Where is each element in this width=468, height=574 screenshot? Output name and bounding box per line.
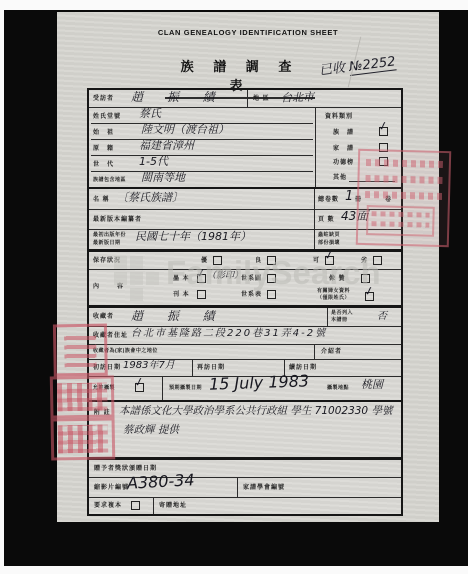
society-number-label: 家譜學會編號 <box>243 485 285 491</box>
pages-label: 頁 數 <box>318 217 335 223</box>
cond-excellent-checkbox: ✓ <box>213 256 222 265</box>
scanned-genealogy-sheet: CLAN GENEALOGY IDENTIFICATION SHEET 族 譜 … <box>0 0 468 574</box>
paper-page: CLAN GENEALOGY IDENTIFICATION SHEET 族 譜 … <box>57 12 439 522</box>
book-name-value: 〔蔡氏族譜〕 <box>117 192 183 204</box>
category-jiapu-label: 家 譜 <box>333 146 354 152</box>
remarks-line-1: 本譜係文化大學政治學系公共行政組 學生 71002330 學號 <box>119 406 392 418</box>
area-label: 地 區 <box>253 96 270 102</box>
note-prefix: 已收 <box>318 61 346 79</box>
content-ink-label: 墨 本 <box>173 276 190 282</box>
section-condition: 保存狀況 優 ✓ 良 ✓ 可 ✓ 劣 ✓ 內 容 墨 本 ✓ （影印） 刊 本 … <box>87 250 403 307</box>
section-book: 名 稱 〔蔡氏族譜〕 總卷數 1 冊 卷 最新版本編纂者 頁 數 43面 最初出… <box>87 187 403 251</box>
content-women-checkbox: ✓ <box>365 292 374 301</box>
listed-value: 否 <box>377 311 387 322</box>
content-women-label-1: 有關婦女資料 <box>317 289 350 294</box>
category-title: 資料類別 <box>325 114 353 120</box>
holder-label: 收藏者 <box>93 314 114 320</box>
content-portrait-checkbox: ✓ <box>361 274 370 283</box>
section-remarks: 附 註 本譜係文化大學政治學系公共行政組 學生 71002330 學號 蔡政輝 … <box>87 400 403 459</box>
film-date-label: 預期攝製日期 <box>169 386 202 391</box>
holder-position-label: 收藏者為(家)族會中之地位 <box>93 349 158 354</box>
microfilm-number-label: 縮影片編號 <box>94 485 129 491</box>
generations-value: 1-5代 <box>139 156 168 168</box>
category-other-blank-line <box>349 181 395 182</box>
volumes-label: 總卷數 <box>318 197 339 203</box>
sheet-title: CLAN GENEALOGY IDENTIFICATION SHEET <box>57 28 439 37</box>
book-name-label: 名 稱 <box>93 197 110 203</box>
content-chart-label: 世系圖 <box>241 276 262 282</box>
volumes-value: 1 <box>345 190 353 204</box>
category-gongdebang-checkbox: ✓ <box>379 157 388 166</box>
area-value: 台北市 <box>281 91 314 104</box>
content-portrait-label: 像 贊 <box>329 276 346 282</box>
cond-fair-checkbox: ✓ <box>325 256 334 265</box>
section-identity: 受訪者 趙 振 績 地 區 台北市 姓氏堂號 蔡氏 始 祖 陸文明（渡台祖） 原… <box>87 88 403 189</box>
first-visit-label: 初訪日期 <box>93 365 121 371</box>
cond-poor-checkbox: ✓ <box>373 256 382 265</box>
section-filming-admin: 贈予者獎狀頒贈日期 縮影片編號 A380-34 家譜學會編號 要求複本 ✓ 寄贈… <box>87 458 403 516</box>
surname-hall-value: 蔡氏 <box>139 108 161 120</box>
latest-edition-label: 最新版日期 <box>93 241 121 246</box>
generations-label: 世 代 <box>93 162 114 168</box>
category-zupu-label: 族 譜 <box>333 130 354 136</box>
holder-address-value: 台北市基隆路二段220巷31弄4-2號 <box>131 328 327 339</box>
cond-good-label: 良 <box>255 258 262 264</box>
content-print-label: 刊 本 <box>173 292 190 298</box>
category-zupu-checkbox: ✓ <box>379 127 388 136</box>
respondent-label: 受訪者 <box>93 96 114 102</box>
first-ancestor-label: 始 祖 <box>93 130 114 136</box>
request-copy-label: 要求複本 <box>94 503 122 509</box>
permit-filming-checkbox: ✓ <box>135 383 144 392</box>
content-ink-checkbox: ✓ <box>197 274 206 283</box>
category-gongdebang-label: 功德榜 <box>333 160 354 166</box>
surname-hall-label: 姓氏堂號 <box>93 114 121 120</box>
content-label: 內 容 <box>93 284 129 290</box>
remarks-label: 附 註 <box>94 410 111 416</box>
second-visit-label: 再訪日期 <box>197 365 225 371</box>
microfilm-number-value: A380-34 <box>127 471 195 492</box>
pubyear-label: 最初出版年份 <box>93 233 126 238</box>
content-ink-note: （影印） <box>207 272 243 282</box>
volumes-unit1: 冊 <box>355 197 362 203</box>
holder-address-label: 收藏者住址 <box>93 333 128 339</box>
film-place-value: 桃園 <box>361 379 383 391</box>
volumes-unit2: 卷 <box>385 197 392 203</box>
film-date-value: 15 July 1983 <box>209 372 310 393</box>
listed-label-1: 是否列入 <box>331 311 353 316</box>
holder-name: 趙 振 績 <box>131 310 225 323</box>
mailing-address-label: 寄贈地址 <box>159 503 187 509</box>
respondent-name: 趙 振 績 <box>131 91 225 104</box>
handwritten-register-note: 已收 №2252 <box>318 55 396 79</box>
first-visit-value: 1983年7月 <box>123 360 175 371</box>
cond-good-checkbox: ✓ <box>267 256 276 265</box>
category-other-label: 其他 <box>333 175 347 181</box>
first-ancestor-value: 陸文明（渡台祖） <box>141 124 229 136</box>
damage-label-1: 蟲蛀缺頁 <box>318 233 340 238</box>
introducer-label: 介紹者 <box>321 349 342 355</box>
category-jiapu-checkbox: ✓ <box>379 143 388 152</box>
regions-label: 族譜包含地區 <box>93 178 126 183</box>
cond-poor-label: 劣 <box>361 258 368 264</box>
regions-value: 閩南等地 <box>141 172 185 184</box>
content-chart-checkbox: ✓ <box>267 274 276 283</box>
content-women-label-2: （僅限姓氏） <box>317 296 350 301</box>
content-table-checkbox: ✓ <box>267 290 276 299</box>
donor-award-label: 贈予者獎狀頒贈日期 <box>94 466 157 472</box>
permit-filming-label: 允許攝製 <box>93 386 115 391</box>
listed-label-2: 本譜冊 <box>331 318 348 323</box>
cond-fair-label: 可 <box>313 258 320 264</box>
origin-label: 原 籍 <box>93 146 114 152</box>
request-copy-checkbox: ✓ <box>131 501 140 510</box>
editor-label: 最新版本編纂者 <box>93 217 142 223</box>
origin-value: 福建省漳州 <box>139 140 194 152</box>
cond-excellent-label: 優 <box>201 258 208 264</box>
content-print-checkbox: ✓ <box>197 290 206 299</box>
pubdate-value: 民國七十年（1981年） <box>135 231 251 243</box>
followup-visit-label: 續訪日期 <box>289 365 317 371</box>
film-place-label: 攝製地點 <box>327 386 349 391</box>
remarks-line-2: 蔡政輝 提供 <box>123 425 179 437</box>
section-holder: 收藏者 趙 振 績 是否列入 本譜冊 否 收藏者住址 台北市基隆路二段220巷3… <box>87 306 403 402</box>
pages-value: 43面 <box>341 210 368 223</box>
condition-label: 保存狀況 <box>93 258 121 264</box>
damage-label-2: 部份損壞 <box>318 241 340 246</box>
content-table-label: 世系表 <box>241 292 262 298</box>
